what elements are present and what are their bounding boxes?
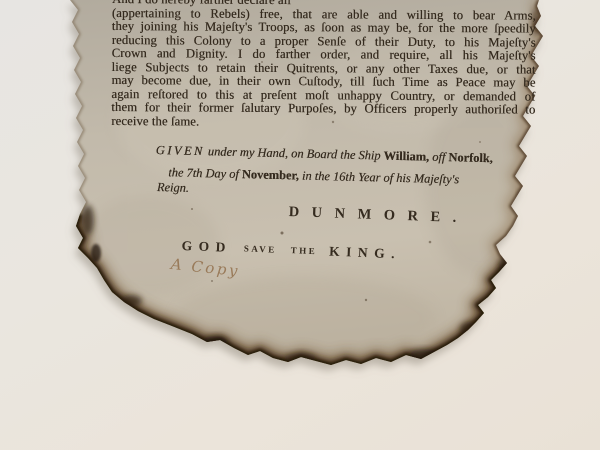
motto-king: KING.: [329, 244, 401, 262]
motto-god: GOD: [181, 238, 232, 255]
dateline-text: in the 16th Year of his Majeſty's: [299, 169, 459, 187]
place-name: Norfolk,: [448, 150, 493, 165]
photo-frame: And I do hereby farther declare all (app…: [0, 0, 600, 450]
dateline-line-1: GIVEN under my Hand, on Board the Ship W…: [156, 143, 496, 166]
dateline-text: under my Hand, on Board the Ship: [205, 144, 384, 162]
motto-the: THE: [291, 245, 318, 256]
document-text-layer: And I do hereby farther declare all (app…: [0, 0, 600, 450]
dateline: GIVEN under my Hand, on Board the Ship W…: [155, 143, 496, 203]
dateline-text: the 7th Day of: [168, 165, 242, 181]
dateline-given-word: GIVEN: [156, 143, 205, 158]
ship-name: William,: [383, 149, 429, 164]
text-line: receive the ſame.: [111, 115, 535, 131]
motto-save: SAVE: [244, 243, 277, 254]
signature-dunmore: DUNMORE.: [288, 204, 469, 227]
proclamation-body: And I do hereby farther declare all (app…: [111, 0, 536, 131]
month-name: November,: [242, 167, 299, 182]
dateline-text: off: [429, 150, 449, 164]
handwritten-annotation: A Copy: [170, 255, 241, 280]
